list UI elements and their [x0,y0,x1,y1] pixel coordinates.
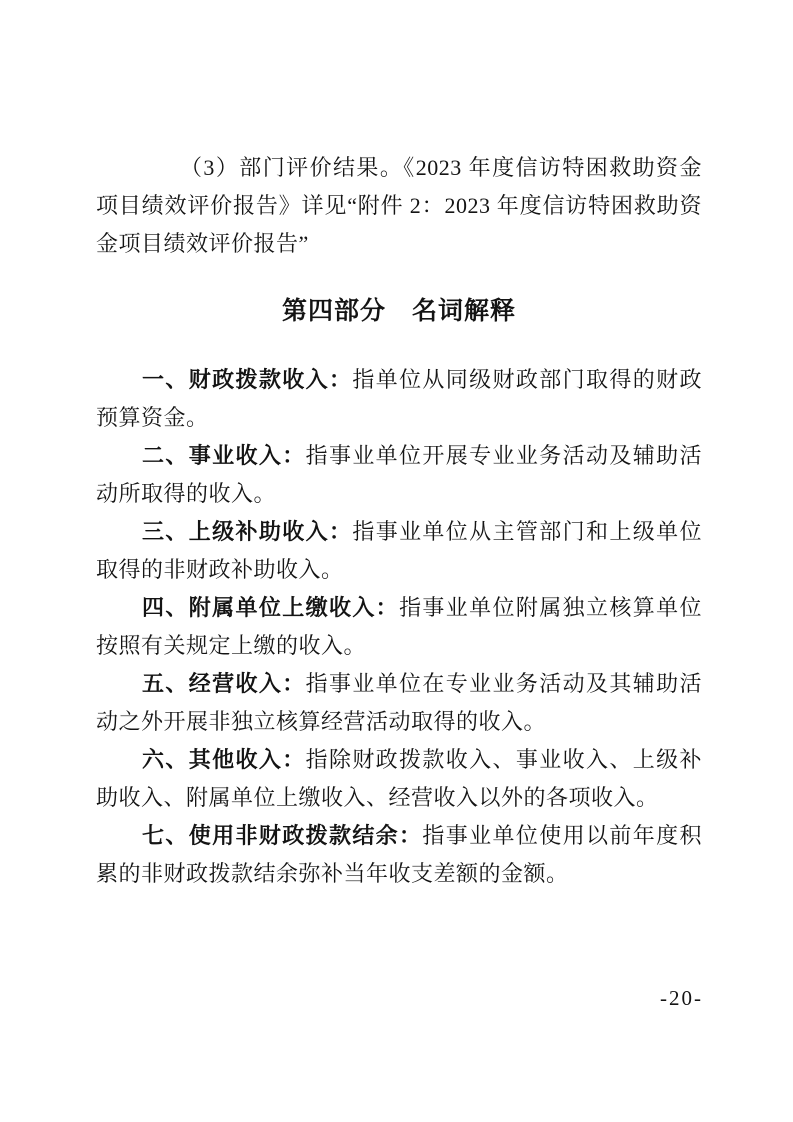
term-definition-6: 六、其他收入：指除财政拨款收入、事业收入、上级补助收入、附属单位上缴收入、经营收… [96,741,702,817]
term-definition-4: 四、附属单位上缴收入：指事业单位附属独立核算单位按照有关规定上缴的收入。 [96,589,702,665]
term-label: 一、财政拨款收入： [142,367,352,392]
document-page: （3）部门评价结果。《2023 年度信访特困救助资金项目绩效评价报告》详见“附件… [0,0,793,1122]
term-label: 七、使用非财政拨款结余： [142,823,422,848]
section-title: 第四部分 名词解释 [96,293,702,331]
term-label: 三、上级补助收入： [142,519,352,544]
term-definition-3: 三、上级补助收入：指事业单位从主管部门和上级单位取得的非财政补助收入。 [96,513,702,589]
term-definition-1: 一、财政拨款收入：指单位从同级财政部门取得的财政预算资金。 [96,361,702,437]
term-definition-7: 七、使用非财政拨款结余：指事业单位使用以前年度积累的非财政拨款结余弥补当年收支差… [96,817,702,893]
term-label: 二、事业收入： [142,443,306,468]
term-label: 六、其他收入： [142,747,306,772]
term-label: 四、附属单位上缴收入： [142,595,399,620]
intro-paragraph: （3）部门评价结果。《2023 年度信访特困救助资金项目绩效评价报告》详见“附件… [96,149,702,263]
term-definition-5: 五、经营收入：指事业单位在专业业务活动及其辅助活动之外开展非独立核算经营活动取得… [96,665,702,741]
term-definition-2: 二、事业收入：指事业单位开展专业业务活动及辅助活动所取得的收入。 [96,437,702,513]
page-number: -20- [660,986,703,1011]
term-label: 五、经营收入： [142,671,306,696]
page-content: （3）部门评价结果。《2023 年度信访特困救助资金项目绩效评价报告》详见“附件… [96,149,702,893]
